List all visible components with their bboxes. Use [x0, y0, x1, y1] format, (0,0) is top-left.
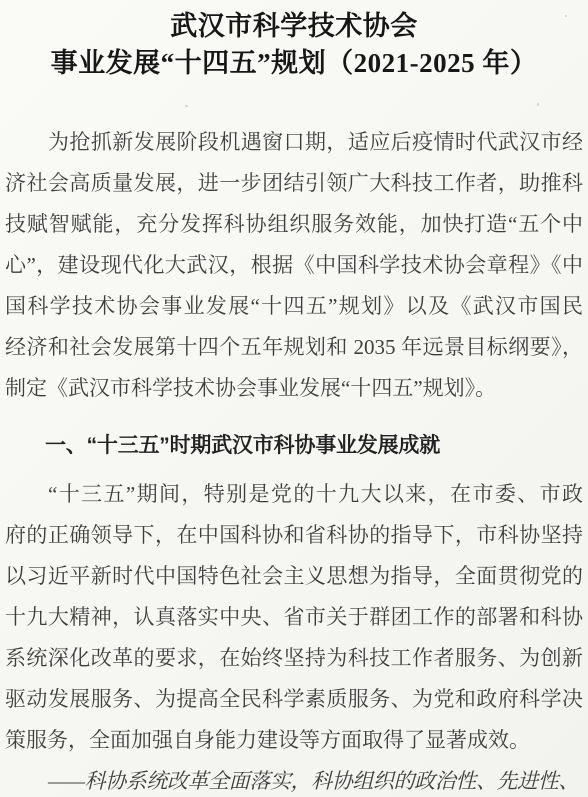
paragraph-line: 为抢抓新发展阶段机遇窗口期，适应后疫情时代武汉市经 [5, 122, 583, 163]
document-title: 武汉市科学技术协会 事业发展“十四五”规划（2021-2025 年） [5, 8, 583, 82]
title-line-1: 武汉市科学技术协会 [5, 8, 583, 45]
section-paragraph: “十三五”期间，特别是党的十九大以来，在市委、市政 府的正确领导下，在中国科协和… [5, 474, 583, 761]
paragraph-line: 府的正确领导下，在中国科协和省科协的指导下，市科协坚持 [5, 515, 583, 556]
paragraph-line: 心”，建设现代化大武汉，根据《中国科学技术协会章程》《中 [5, 245, 583, 286]
paragraph-line: 以习近平新时代中国特色社会主义思想为指导，全面贯彻党的 [5, 556, 583, 597]
section-heading: 一、“十三五”时期武汉市科协事业发展成就 [5, 425, 583, 466]
paragraph-line: 制定《武汉市科学技术协会事业发展“十四五”规划》。 [5, 368, 583, 409]
scan-speck [565, 15, 567, 17]
paragraph-line: 国科学技术协会事业发展“十四五”规划》以及《武汉市国民 [5, 286, 583, 327]
document-page: 武汉市科学技术协会 事业发展“十四五”规划（2021-2025 年） 为抢抓新发… [0, 0, 588, 797]
paragraph-line: 十九大精神，认真落实中央、省市关于群团工作的部署和科协 [5, 597, 583, 638]
paragraph-line: 策服务，全面加强自身能力建设等方面取得了显著成效。 [5, 720, 583, 761]
paragraph-line: 经济和社会发展第十四个五年规划和 2035 年远景目标纲要》， [5, 327, 583, 368]
paragraph-line: “十三五”期间，特别是党的十九大以来，在市委、市政 [5, 474, 583, 515]
scan-speck [537, 103, 539, 106]
title-line-2: 事业发展“十四五”规划（2021-2025 年） [5, 45, 583, 82]
paragraph-line: 济社会高质量发展，进一步团结引领广大科技工作者，助推科 [5, 163, 583, 204]
scan-speck [185, 105, 188, 107]
paragraph-line: 技赋智赋能，充分发挥科协组织服务效能，加快打造“五个中 [5, 204, 583, 245]
document-content: 武汉市科学技术协会 事业发展“十四五”规划（2021-2025 年） 为抢抓新发… [0, 0, 588, 797]
paragraph-line: 驱动发展服务、为提高全民科学素质服务、为党和政府科学决 [5, 679, 583, 720]
achievement-dash-line: ——科协系统改革全面落实，科协组织的政治性、先进性、 [5, 761, 583, 797]
intro-paragraph: 为抢抓新发展阶段机遇窗口期，适应后疫情时代武汉市经 济社会高质量发展，进一步团结… [5, 122, 583, 409]
paragraph-line: 系统深化改革的要求，在始终坚持为科技工作者服务、为创新 [5, 638, 583, 679]
